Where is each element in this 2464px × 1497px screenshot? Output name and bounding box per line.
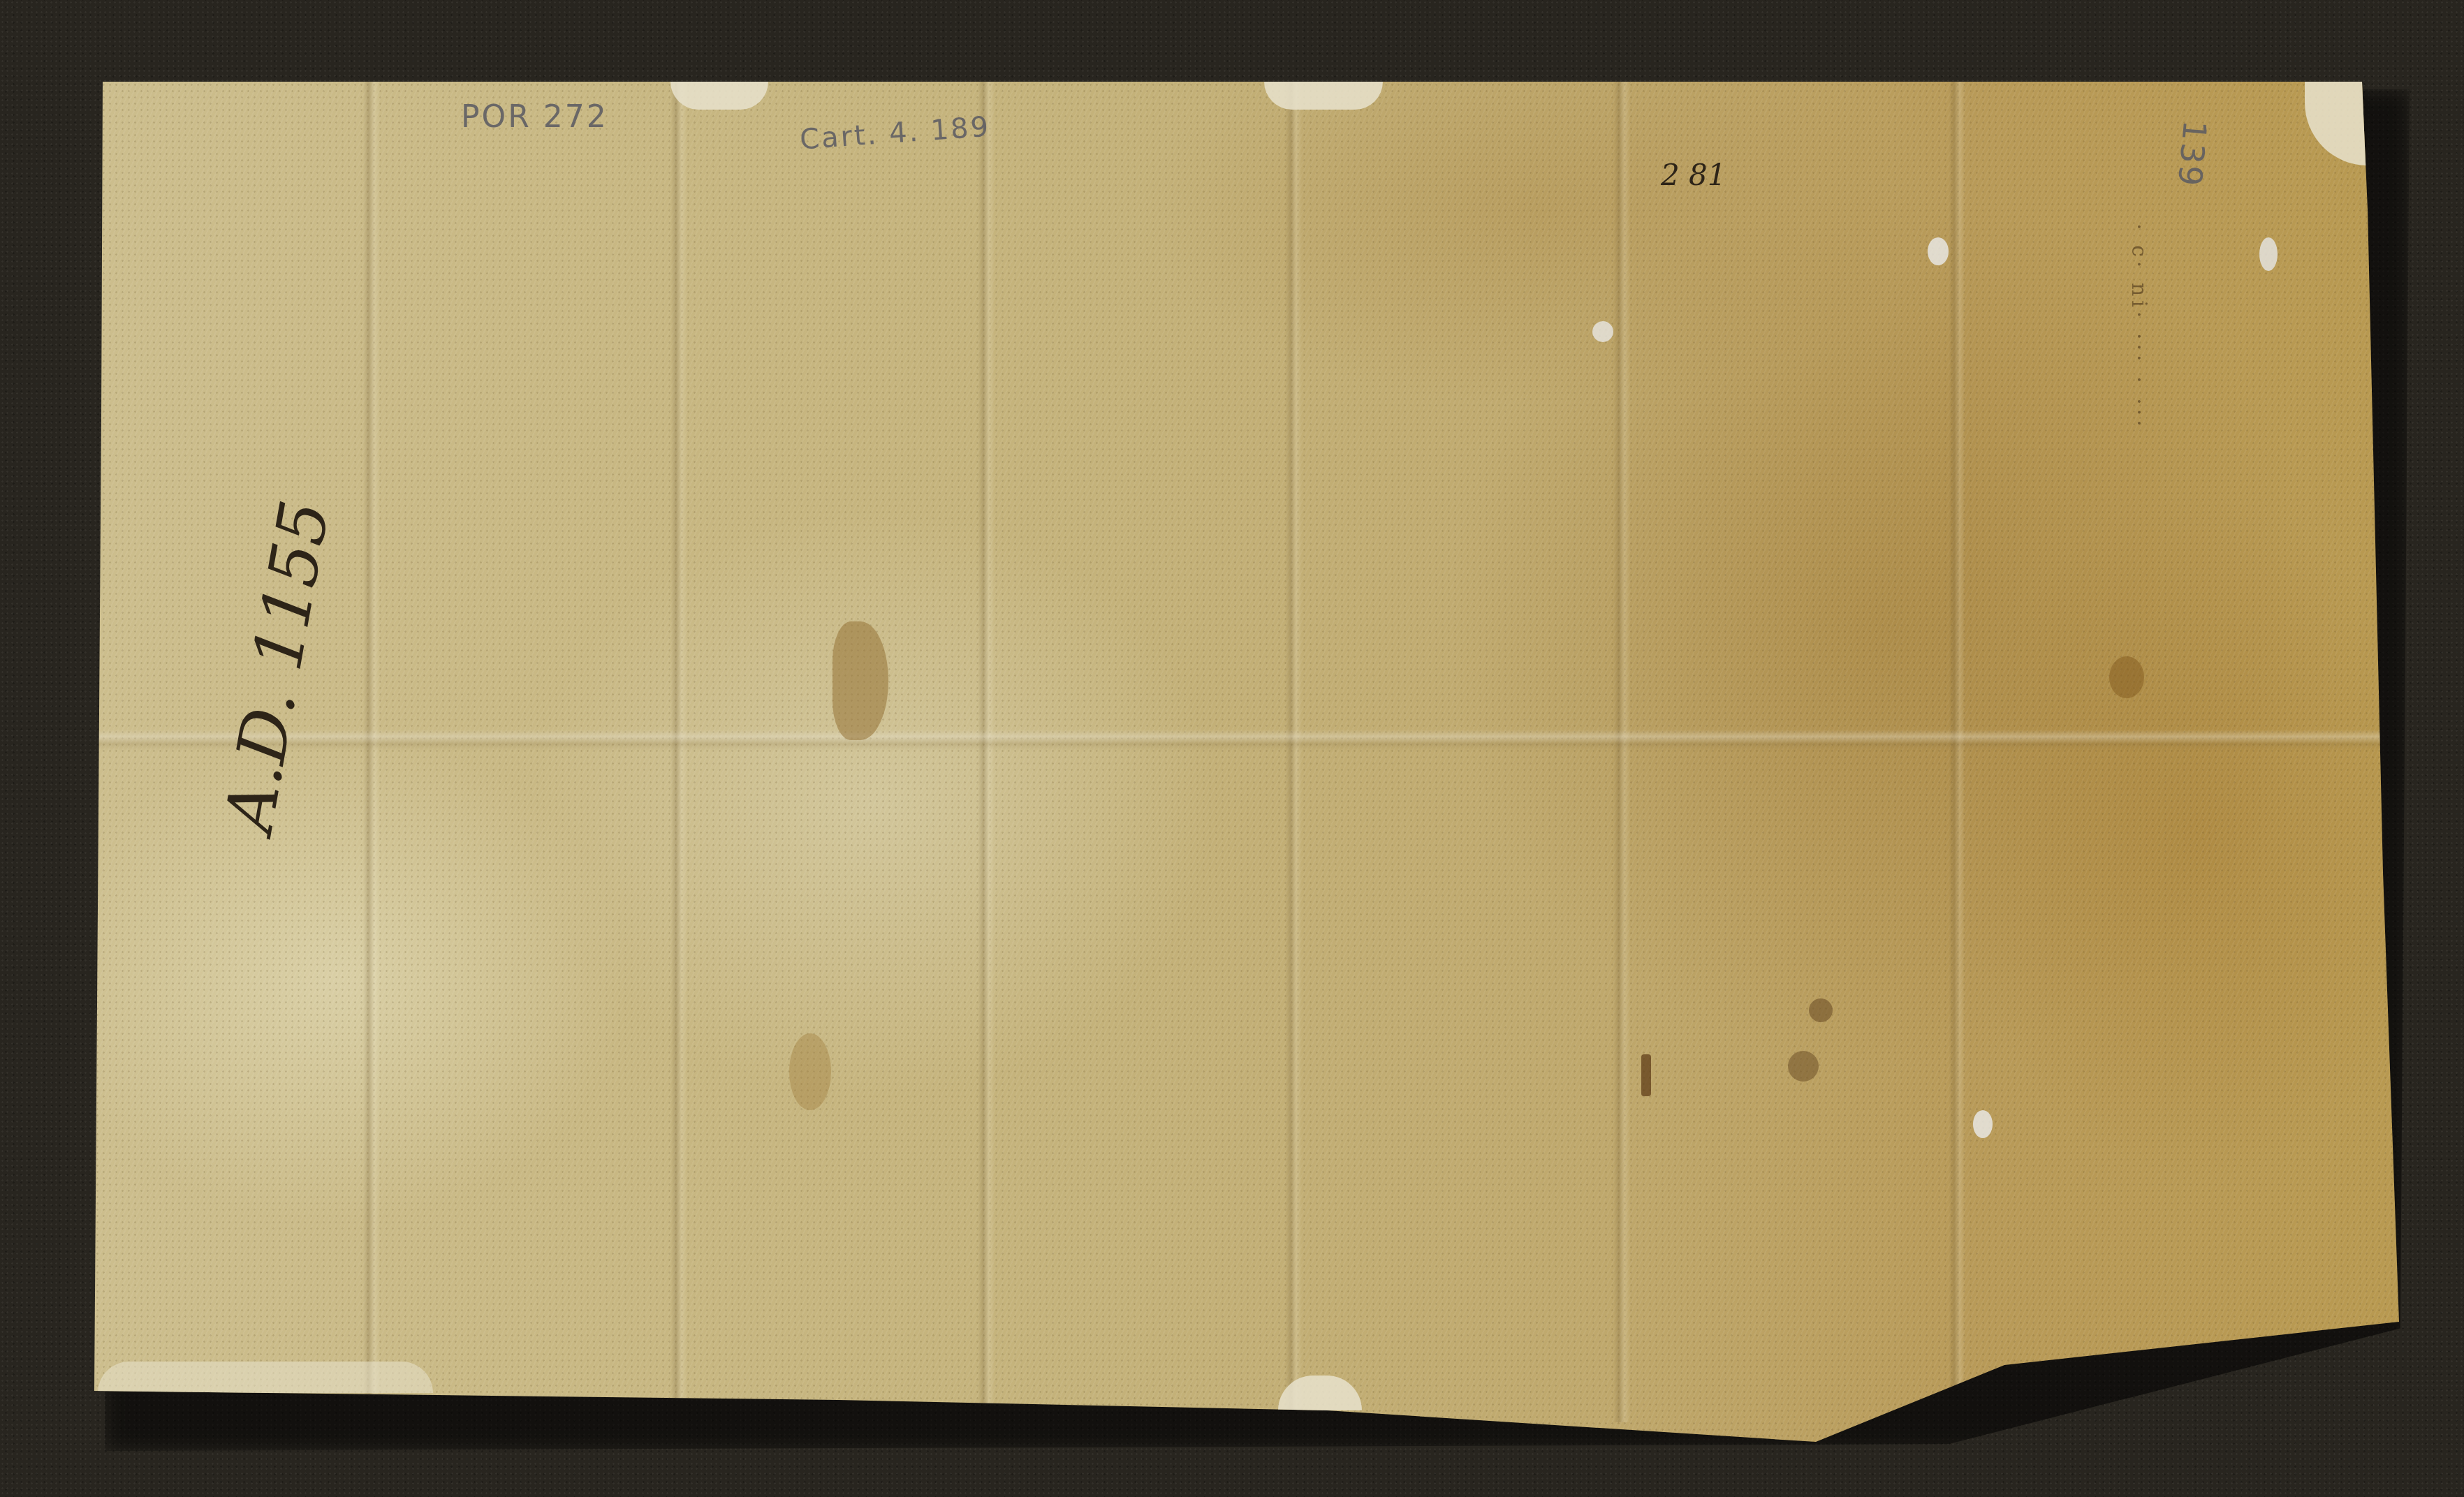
wear-spot <box>1592 321 1613 342</box>
fold-line <box>1285 82 1302 1422</box>
ink-spot <box>1809 998 1833 1022</box>
fold-line <box>670 82 687 1422</box>
fold-line <box>363 82 380 1422</box>
fold-line <box>1949 82 1965 1422</box>
medieval-endorsement-text: · c· ni· ··· · ··· <box>2127 223 2151 431</box>
wear-spot <box>1973 1110 1993 1138</box>
ink-spot <box>1788 1051 1819 1082</box>
parchment-document: POR 272 Cart. 4. 189 2 81 139 A.D. 1155 … <box>0 0 2464 1497</box>
edge-wear <box>1264 82 1383 110</box>
wear-spot <box>1928 237 1949 265</box>
ink-spot <box>2109 656 2144 698</box>
water-stain <box>833 621 888 740</box>
fold-line <box>1613 82 1630 1422</box>
ink-spot <box>1641 1054 1651 1096</box>
corner-number-label: 139 <box>2171 119 2214 189</box>
water-stain <box>789 1033 831 1110</box>
fold-line <box>978 82 995 1422</box>
folio-number-label: 2 81 <box>1661 158 1726 192</box>
horizontal-fold-line <box>98 730 2389 751</box>
edge-wear <box>98 1362 433 1393</box>
edge-wear <box>670 82 768 110</box>
wear-spot <box>2259 237 2278 271</box>
archive-reference-label: POR 272 <box>461 99 608 135</box>
